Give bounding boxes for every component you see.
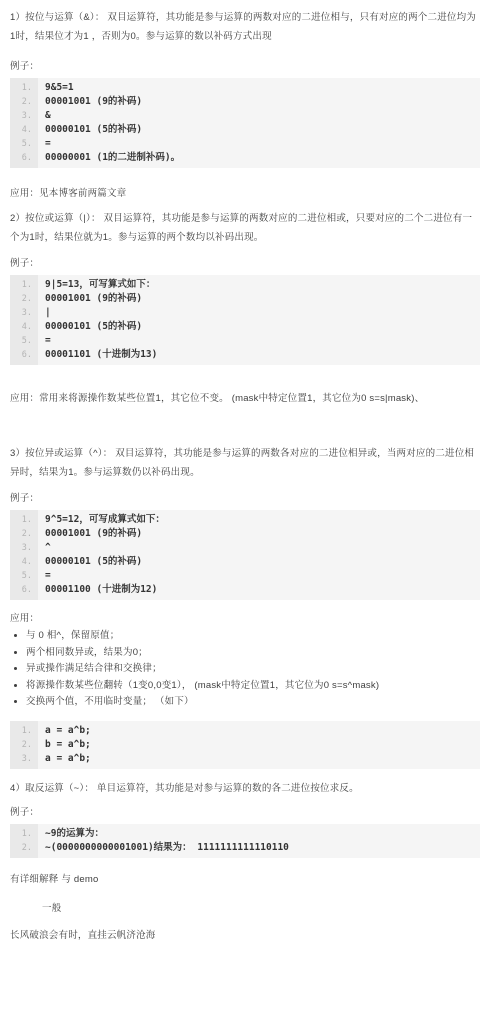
code-line: 9^5=12，可写成算式如下：	[10, 513, 480, 527]
code-text: 00000101 (5的补码)	[38, 320, 142, 334]
code-text: b = a^b;	[38, 738, 91, 752]
code-text: 9|5=13，可写算式如下：	[38, 278, 155, 292]
line-number	[10, 724, 38, 738]
code-line: 00000101 (5的补码)	[10, 123, 480, 137]
code-line: =	[10, 334, 480, 348]
footer-note: 一般	[10, 899, 480, 918]
line-number	[10, 752, 38, 766]
section1-example-label: 例子：	[10, 60, 480, 74]
code-text: ^	[38, 541, 51, 555]
code-block-bitwise-or: 9|5=13，可写算式如下： 00001001 (9的补码) | 0000010…	[10, 275, 480, 365]
line-number	[10, 841, 38, 855]
xor-application-item: 与 0 相^，保留原值；	[26, 628, 480, 645]
code-line: 00000101 (5的补码)	[10, 320, 480, 334]
section2-paragraph: 2）按位或运算（|）： 双目运算符，其功能是参与运算的两数对应的二进位相或，只要…	[10, 209, 480, 247]
line-number	[10, 541, 38, 555]
code-line: 9|5=13，可写算式如下：	[10, 278, 480, 292]
line-number	[10, 109, 38, 123]
line-number	[10, 334, 38, 348]
code-text: |	[38, 306, 51, 320]
line-number	[10, 151, 38, 165]
section4-paragraph: 4）取反运算（~）： 单目运算符，其功能是对参与运算的数的各二进位按位求反。	[10, 779, 480, 798]
code-text: ~(0000000000001001)结果为： 1111111111110110	[38, 841, 289, 855]
code-text: &	[38, 109, 51, 123]
section3-application-label: 应用：	[10, 612, 480, 626]
section4-example-label: 例子：	[10, 806, 480, 820]
line-number	[10, 306, 38, 320]
line-number	[10, 555, 38, 569]
code-line: a = a^b;	[10, 724, 480, 738]
line-number	[10, 569, 38, 583]
code-text: =	[38, 334, 51, 348]
xor-application-item: 两个相同数异或，结果为0；	[26, 645, 480, 662]
line-number	[10, 348, 38, 362]
code-line: a = a^b;	[10, 752, 480, 766]
code-line: 00001100 (十进制为12)	[10, 583, 480, 597]
section1-paragraph: 1）按位与运算（&）： 双目运算符，其功能是参与运算的两数对应的二进位相与，只有…	[10, 8, 480, 46]
section3-example-label: 例子：	[10, 492, 480, 506]
section2-example-label: 例子：	[10, 257, 480, 271]
section1-application: 应用：见本博客前两篇文章	[10, 184, 480, 203]
code-text: 00000101 (5的补码)	[38, 555, 142, 569]
code-line: 00000101 (5的补码)	[10, 555, 480, 569]
line-number	[10, 81, 38, 95]
article-content: 1）按位与运算（&）： 双目运算符，其功能是参与运算的两数对应的二进位相与，只有…	[0, 8, 488, 945]
code-line: 9&5=1	[10, 81, 480, 95]
code-text: 00001101 (十进制为13)	[38, 348, 157, 362]
code-line: &	[10, 109, 480, 123]
line-number	[10, 320, 38, 334]
code-block-bitwise-not: ~9的运算为： ~(0000000000001001)结果为： 11111111…	[10, 824, 480, 858]
line-number	[10, 278, 38, 292]
code-line: ^	[10, 541, 480, 555]
code-line: |	[10, 306, 480, 320]
xor-application-item: 交换两个值，不用临时变量； （如下）	[26, 694, 480, 711]
code-text: 9^5=12，可写成算式如下：	[38, 513, 165, 527]
code-line: =	[10, 569, 480, 583]
code-line: ~(0000000000001001)结果为： 1111111111110110	[10, 841, 480, 855]
xor-application-item: 将源操作数某些位翻转（1变0,0变1）， (mask中特定位置1，其它位为0 s…	[26, 678, 480, 695]
section3-paragraph: 3）按位异或运算（^）： 双目运算符，其功能是参与运算的两数各对应的二进位相异或…	[10, 444, 480, 482]
code-block-bitwise-xor: 9^5=12，可写成算式如下： 00001001 (9的补码) ^ 000001…	[10, 510, 480, 600]
code-block-swap-values: a = a^b; b = a^b; a = a^b;	[10, 721, 480, 769]
code-text: 9&5=1	[38, 81, 74, 95]
code-line: 00001101 (十进制为13)	[10, 348, 480, 362]
code-line: ~9的运算为：	[10, 827, 480, 841]
code-text: 00001100 (十进制为12)	[38, 583, 157, 597]
line-number	[10, 513, 38, 527]
code-block-bitwise-and: 9&5=1 00001001 (9的补码) & 00000101 (5的补码) …	[10, 78, 480, 168]
section2-application: 应用：常用来将源操作数某些位置1，其它位不变。 (mask中特定位置1，其它位为…	[10, 389, 480, 408]
code-text: a = a^b;	[38, 752, 91, 766]
code-line: 00001001 (9的补码)	[10, 527, 480, 541]
code-text: =	[38, 137, 51, 151]
code-text: 00001001 (9的补码)	[38, 95, 142, 109]
xor-application-list: 与 0 相^，保留原值； 两个相同数异或，结果为0； 异或操作满足结合律和交换律…	[10, 628, 480, 711]
code-line: =	[10, 137, 480, 151]
footer-quote: 长风破浪会有时，直挂云帆济沧海	[10, 926, 480, 945]
line-number	[10, 292, 38, 306]
line-number	[10, 137, 38, 151]
code-line: 00001001 (9的补码)	[10, 95, 480, 109]
line-number	[10, 827, 38, 841]
code-line: 00000001 (1的二进制补码)。	[10, 151, 480, 165]
code-text: 00001001 (9的补码)	[38, 527, 142, 541]
code-text: 00000001 (1的二进制补码)。	[38, 151, 180, 165]
code-text: 00000101 (5的补码)	[38, 123, 142, 137]
code-text: a = a^b;	[38, 724, 91, 738]
line-number	[10, 583, 38, 597]
xor-application-item: 异或操作满足结合律和交换律；	[26, 661, 480, 678]
code-text: ~9的运算为：	[38, 827, 104, 841]
line-number	[10, 527, 38, 541]
line-number	[10, 738, 38, 752]
code-text: =	[38, 569, 51, 583]
footer-demo-note: 有详细解释 与 demo	[10, 870, 480, 889]
line-number	[10, 123, 38, 137]
code-text: 00001001 (9的补码)	[38, 292, 142, 306]
code-line: b = a^b;	[10, 738, 480, 752]
code-line: 00001001 (9的补码)	[10, 292, 480, 306]
line-number	[10, 95, 38, 109]
